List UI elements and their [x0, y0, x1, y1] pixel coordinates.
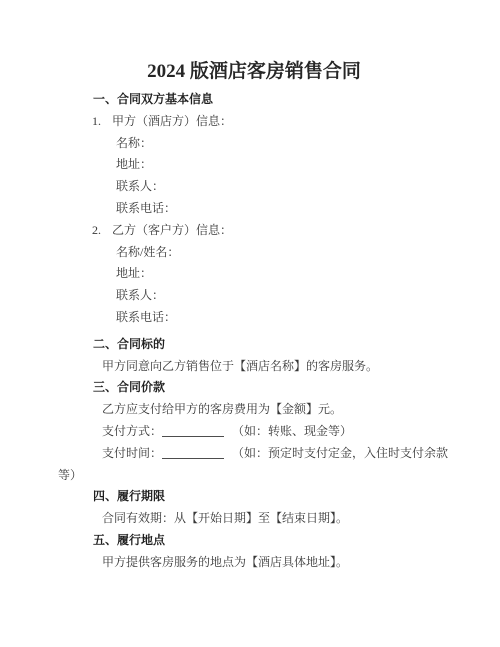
section-heading: 二、合同标的: [58, 334, 450, 356]
list-item-label: 乙方（客户方）信息：: [112, 223, 232, 237]
list-item: 2.乙方（客户方）信息：: [58, 220, 450, 242]
blank-underline: [162, 445, 224, 459]
document-title: 2024 版酒店客房销售合同: [58, 61, 450, 82]
fill-in-line: 支付时间：（如：预定时支付定金，入住时支付余款: [58, 443, 450, 465]
field-label: 联系电话：: [58, 307, 450, 329]
list-marker: 2.: [92, 220, 112, 242]
section-heading: 四、履行期限: [58, 486, 450, 508]
fill-in-hint: （如：转账、现金等）: [232, 424, 352, 438]
field-label: 联系人：: [58, 176, 450, 198]
list-marker: 1.: [92, 111, 112, 133]
fill-in-label: 支付时间：: [102, 446, 162, 460]
field-label: 名称/姓名：: [58, 242, 450, 264]
document-content: 2024 版酒店客房销售合同 一、合同双方基本信息1.甲方（酒店方）信息：名称：…: [58, 0, 450, 574]
list-item-label: 甲方（酒店方）信息：: [112, 114, 232, 128]
paragraph: 乙方应支付给甲方的客房费用为【金额】元。: [58, 399, 450, 421]
list-item: 1.甲方（酒店方）信息：: [58, 111, 450, 133]
paragraph: 甲方同意向乙方销售位于【酒店名称】的客房服务。: [58, 356, 450, 378]
field-label: 地址：: [58, 154, 450, 176]
fill-in-hint: （如：预定时支付定金，入住时支付余款: [232, 446, 448, 460]
blank-underline: [162, 423, 224, 437]
document-body: 一、合同双方基本信息1.甲方（酒店方）信息：名称：地址：联系人：联系电话：2.乙…: [58, 89, 450, 574]
fill-in-label: 支付方式：: [102, 424, 162, 438]
fill-in-line: 支付方式：（如：转账、现金等）: [58, 421, 450, 443]
section-heading: 一、合同双方基本信息: [58, 89, 450, 111]
paragraph: 合同有效期：从【开始日期】至【结束日期】。: [58, 508, 450, 530]
document-page: 2024 版酒店客房销售合同 一、合同双方基本信息1.甲方（酒店方）信息：名称：…: [0, 0, 500, 647]
section-heading: 五、履行地点: [58, 530, 450, 552]
wrap-continuation: 等）: [58, 465, 450, 487]
field-label: 联系人：: [58, 285, 450, 307]
paragraph: 甲方提供客房服务的地点为【酒店具体地址】。: [58, 552, 450, 574]
field-label: 联系电话：: [58, 198, 450, 220]
field-label: 地址：: [58, 263, 450, 285]
section-heading: 三、合同价款: [58, 377, 450, 399]
field-label: 名称：: [58, 133, 450, 155]
